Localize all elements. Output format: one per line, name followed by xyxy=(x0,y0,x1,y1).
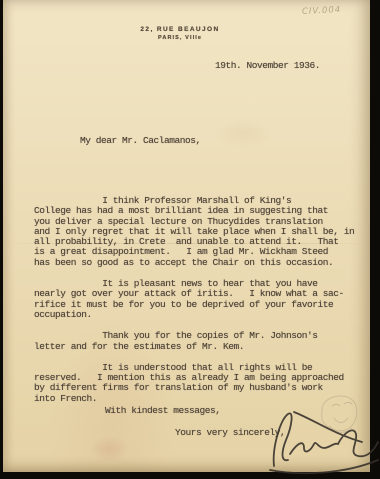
letterhead-address-line2: PARIS, VIIIe xyxy=(3,35,357,41)
paper-stain xyxy=(89,436,129,462)
letter-paragraph-1: I think Professor Marshall of King's Col… xyxy=(34,196,366,268)
pencil-catalog-annotation: CIV.004 xyxy=(302,5,342,17)
letter-paragraph-2: It is pleasant news to hear that you hav… xyxy=(34,279,366,320)
letterhead: 22, RUE BEAUJON PARIS, VIIIe xyxy=(3,26,357,41)
letter-date: 19th. November 1936. xyxy=(215,61,320,71)
letterhead-address-line1: 22, RUE BEAUJON xyxy=(3,26,357,33)
letter-paragraph-3: Thank you for the copies of Mr. Johnson'… xyxy=(34,331,366,352)
letter-salutation: My dear Mr. Caclamanos, xyxy=(80,136,201,146)
paper-stain-faint xyxy=(213,118,273,148)
letter-closing-messages: With kindest messages, xyxy=(105,406,221,416)
handwritten-signature xyxy=(260,382,380,478)
letter-photograph: 22, RUE BEAUJON PARIS, VIIIe CIV.004 19t… xyxy=(0,0,380,479)
